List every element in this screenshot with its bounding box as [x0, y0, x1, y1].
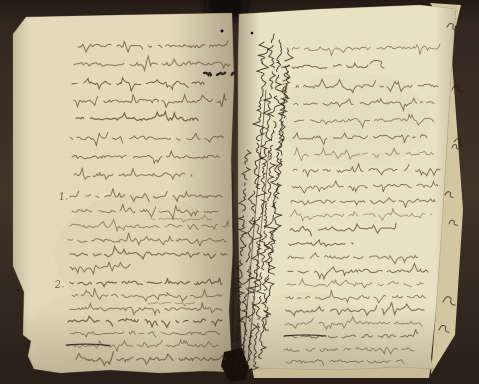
item-number: 3 — [281, 83, 288, 94]
paper-stain — [30, 295, 140, 365]
wormhole-speck — [251, 32, 254, 35]
manuscript-canvas: 1.2.3 — [0, 0, 479, 384]
item-number: 1. — [58, 191, 68, 203]
wormhole-speck — [221, 30, 224, 33]
item-number: 2. — [53, 279, 64, 291]
wormhole-speck — [17, 289, 19, 291]
manuscript-photo: Photograph of an opened handwritten manu… — [0, 0, 479, 384]
